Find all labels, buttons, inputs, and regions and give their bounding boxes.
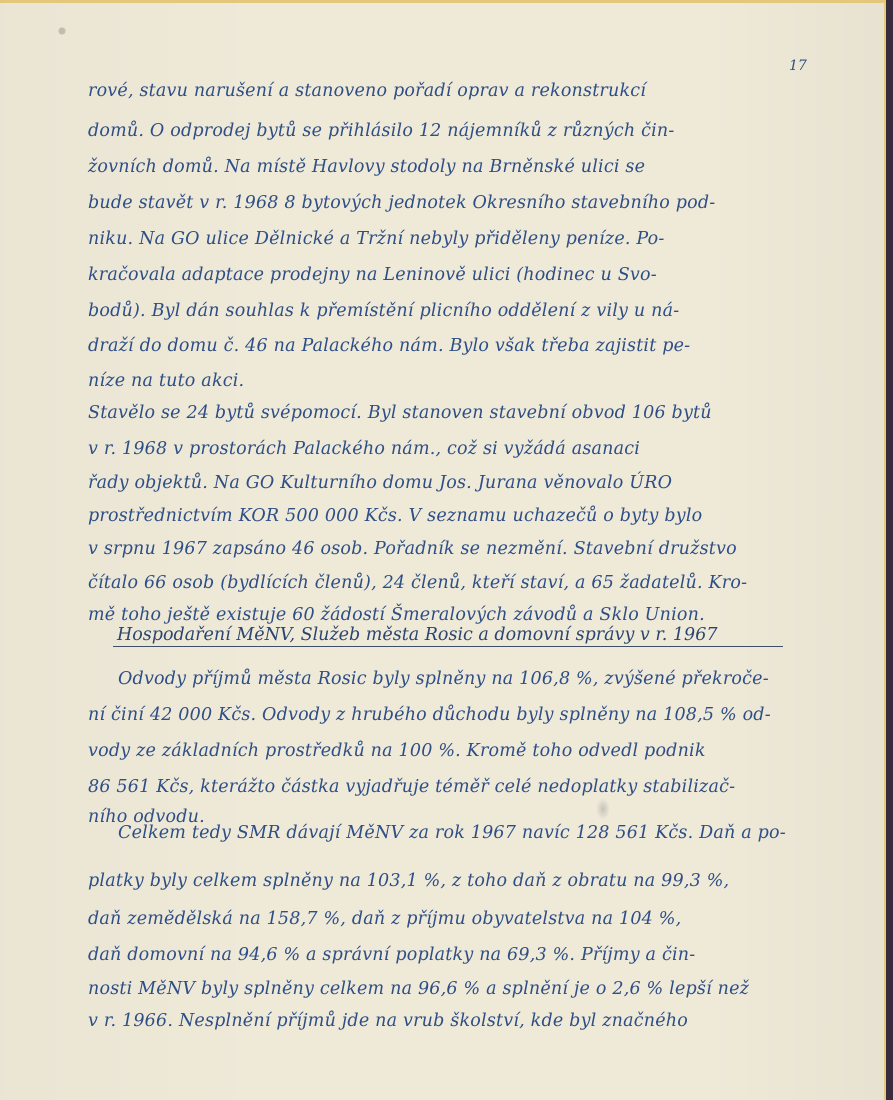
ink-smudge: [596, 798, 610, 820]
text-line: v r. 1968 v prostorách Palackého nám., c…: [88, 441, 640, 459]
manuscript-page: 17 rové, stavu narušení a stanoveno pořa…: [0, 0, 886, 1100]
text-line: kračovala adaptace prodejny na Leninově …: [88, 267, 657, 285]
text-line: 86 561 Kčs, kterážto částka vyjadřuje té…: [88, 779, 735, 797]
section-heading: Hospodaření MěNV, Služeb města Rosic a d…: [117, 625, 717, 645]
text-line: mě toho ještě existuje 60 žádostí Šmeral…: [88, 607, 705, 625]
text-line: vody ze základních prostředků na 100 %. …: [88, 743, 706, 761]
text-line: draží do domu č. 46 na Palackého nám. By…: [88, 338, 690, 356]
text-line: ní činí 42 000 Kčs. Odvody z hrubého důc…: [88, 707, 771, 725]
text-line: domů. O odprodej bytů se přihlásilo 12 n…: [88, 123, 674, 141]
text-line: rové, stavu narušení a stanoveno pořadí …: [88, 83, 646, 101]
text-line: v r. 1966. Nesplnění příjmů jde na vrub …: [88, 1013, 688, 1031]
text-line: níze na tuto akci.: [88, 373, 244, 391]
text-line: platky byly celkem splněny na 103,1 %, z…: [88, 873, 729, 891]
heading-underline: [113, 646, 783, 647]
text-line: Odvody příjmů města Rosic byly splněny n…: [118, 671, 769, 689]
page-number: 17: [789, 58, 807, 74]
text-line: Celkem tedy SMR dávají MěNV za rok 1967 …: [118, 825, 786, 843]
text-line: v srpnu 1967 zapsáno 46 osob. Pořadník s…: [88, 541, 737, 559]
text-line: čítalo 66 osob (bydlících členů), 24 čle…: [88, 575, 747, 593]
text-line: daň domovní na 94,6 % a správní poplatky…: [88, 947, 695, 965]
text-line: prostřednictvím KOR 500 000 Kčs. V sezna…: [88, 508, 702, 526]
text-line: Stavělo se 24 bytů svépomocí. Byl stanov…: [88, 405, 712, 423]
text-line: řady objektů. Na GO Kulturního domu Jos.…: [88, 475, 672, 493]
text-line: žovních domů. Na místě Havlovy stodoly n…: [88, 159, 645, 177]
text-line: niku. Na GO ulice Dělnické a Tržní nebyl…: [88, 231, 665, 249]
text-line: daň zemědělská na 158,7 %, daň z příjmu …: [88, 911, 681, 929]
text-line: bodů). Byl dán souhlas k přemístění plic…: [88, 303, 679, 321]
text-line: bude stavět v r. 1968 8 bytových jednote…: [88, 195, 715, 213]
text-line: nosti MěNV byly splněny celkem na 96,6 %…: [88, 981, 749, 999]
